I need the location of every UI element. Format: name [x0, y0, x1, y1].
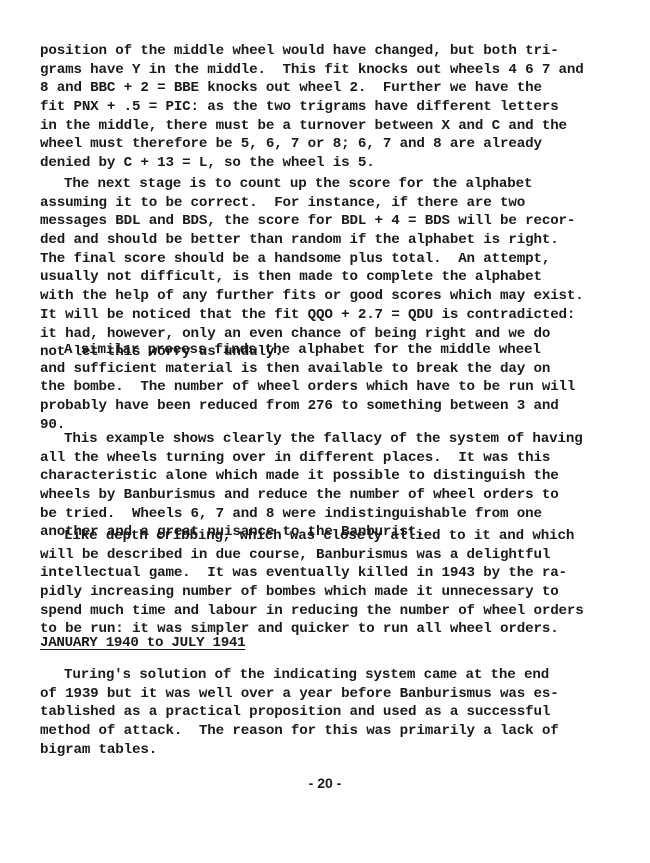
section-heading: JANUARY 1940 to JULY 1941	[40, 634, 245, 653]
text-line: and sufficient material is then availabl…	[40, 360, 630, 379]
paragraph-middle-wheel: A similar process finds the alphabet for…	[40, 341, 630, 434]
paragraph-wheel-turnover: position of the middle wheel would have …	[40, 42, 630, 173]
text-line: Like depth cribbing, which was closely a…	[40, 527, 630, 546]
paragraph-depth-cribbing: Like depth cribbing, which was closely a…	[40, 527, 630, 639]
text-line: position of the middle wheel would have …	[40, 42, 630, 61]
text-line: denied by C + 13 = L, so the wheel is 5.	[40, 154, 630, 173]
text-line: spend much time and labour in reducing t…	[40, 602, 630, 621]
paragraph-scoring: The next stage is to count up the score …	[40, 175, 630, 362]
text-line: 8 and BBC + 2 = BBE knocks out wheel 2. …	[40, 79, 630, 98]
text-line: The next stage is to count up the score …	[40, 175, 630, 194]
text-line: messages BDL and BDS, the score for BDL …	[40, 212, 630, 231]
paragraph-turing-solution: Turing's solution of the indicating syst…	[40, 666, 630, 759]
text-line: all the wheels turning over in different…	[40, 449, 630, 468]
text-line: of 1939 but it was well over a year befo…	[40, 685, 630, 704]
text-line: with the help of any further fits or goo…	[40, 287, 630, 306]
text-line: This example shows clearly the fallacy o…	[40, 430, 630, 449]
text-line: in the middle, there must be a turnover …	[40, 117, 630, 136]
text-line: characteristic alone which made it possi…	[40, 467, 630, 486]
page-number: - 20 -	[0, 775, 650, 791]
text-line: probably have been reduced from 276 to s…	[40, 397, 630, 416]
text-line: the bombe. The number of wheel orders wh…	[40, 378, 630, 397]
text-line: bigram tables.	[40, 741, 630, 760]
text-line: A similar process finds the alphabet for…	[40, 341, 630, 360]
text-line: The final score should be a handsome plu…	[40, 250, 630, 269]
text-line: method of attack. The reason for this wa…	[40, 722, 630, 741]
text-line: will be described in due course, Banburi…	[40, 546, 630, 565]
text-line: ded and should be better than random if …	[40, 231, 630, 250]
text-line: usually not difficult, is then made to c…	[40, 268, 630, 287]
text-line: be tried. Wheels 6, 7 and 8 were indisti…	[40, 505, 630, 524]
text-line: It will be noticed that the fit QQO + 2.…	[40, 306, 630, 325]
text-line: tablished as a practical proposition and…	[40, 703, 630, 722]
text-line: fit PNX + .5 = PIC: as the two trigrams …	[40, 98, 630, 117]
text-line: assuming it to be correct. For instance,…	[40, 194, 630, 213]
paragraph-fallacy: This example shows clearly the fallacy o…	[40, 430, 630, 542]
text-line: intellectual game. It was eventually kil…	[40, 564, 630, 583]
text-line: wheel must therefore be 5, 6, 7 or 8; 6,…	[40, 135, 630, 154]
text-line: pidly increasing number of bombes which …	[40, 583, 630, 602]
document-page: position of the middle wheel would have …	[0, 0, 650, 863]
text-line: grams have Y in the middle. This fit kno…	[40, 61, 630, 80]
text-line: Turing's solution of the indicating syst…	[40, 666, 630, 685]
text-line: wheels by Banburismus and reduce the num…	[40, 486, 630, 505]
